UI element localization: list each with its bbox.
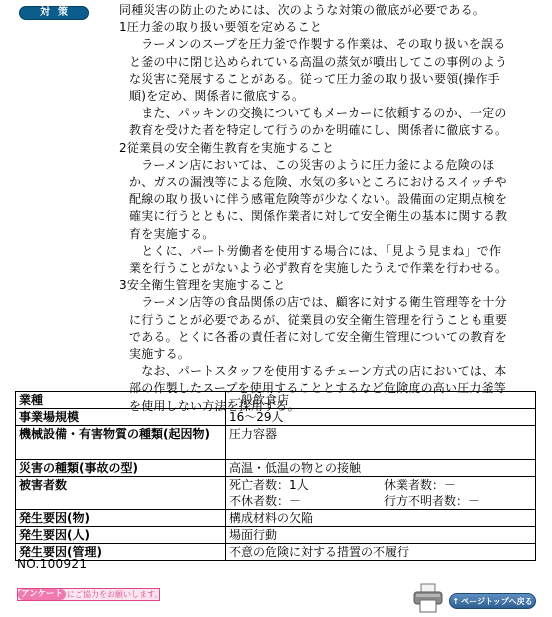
row-value: 構成材料の欠陥 (226, 510, 536, 527)
no-lost-time-count: 不休者数：－ (229, 493, 384, 509)
row-value: 16～29人 (226, 409, 536, 426)
row-label: 業種 (16, 392, 226, 409)
survey-text: にご協力をお願いします。 (67, 589, 160, 600)
text-line: 確実に行うとともに、関係作業者に対して安全衛生の基本に関する教 (129, 208, 539, 225)
row-value: 不意の危険に対する措置の不履行 (226, 544, 536, 561)
table-row: 災害の種類(事故の型) 高温・低温の物との接触 (16, 460, 536, 477)
table-row: 発生要因(人) 場面行動 (16, 527, 536, 544)
accident-info-table: 業種 一般飲食店 事業場規模 16～29人 機械設備・有害物質の種類(起因物) … (15, 391, 536, 561)
table-row: 事業場規模 16～29人 (16, 409, 536, 426)
missing-count: 行方不明者数：－ (384, 493, 532, 509)
survey-pill: アンケート (18, 589, 66, 600)
row-value: 場面行動 (226, 527, 536, 544)
row-value: 一般飲食店 (226, 392, 536, 409)
measure-body-2: ラーメン店においては、この災害のように圧力釜による危険のほ か、ガスの漏洩等によ… (119, 157, 539, 277)
text-line: 配線の取り扱いに伴う感電危険等が少なくない。設備面の定期点検を (129, 191, 539, 208)
measure-heading-3: 3安全衛生管理を実施すること (119, 277, 539, 294)
text-line: また、パッキンの交換についてもメーカーに依頼するのか、一定の (129, 105, 539, 122)
row-value: 圧力容器 (226, 426, 536, 460)
row-label: 災害の種類(事故の型) (16, 460, 226, 477)
case-number: NO.100921 (17, 557, 87, 571)
table-row: 被害者数 死亡者数：1人 休業者数：－ 不休者数：－ 行方不明者数：－ (16, 477, 536, 510)
victims-cell: 死亡者数：1人 休業者数：－ 不休者数：－ 行方不明者数：－ (226, 477, 536, 510)
printer-icon (412, 583, 444, 613)
text-line: なお、パートスタッフを使用するチェーン方式の店においては、本 (129, 363, 539, 380)
intro-text: 同種災害の防止のためには、次のような対策の徹底が必要である。 (119, 2, 539, 19)
table-row: 業種 一般飲食店 (16, 392, 536, 409)
text-line: ラーメンのスープを圧力釜で作製する作業は、その取り扱いを誤る (129, 36, 539, 53)
text-line: な災害に発展することがある。従って圧力釜の取り扱い要領(操作手 (129, 71, 539, 88)
text-line: 育を実施する。 (129, 226, 539, 243)
text-line: か、ガスの漏洩等による危険、水気の多いところにおけるスイッチや (129, 174, 539, 191)
deaths-count: 死亡者数：1人 (229, 477, 384, 493)
print-button[interactable] (412, 583, 444, 613)
row-label: 事業場規模 (16, 409, 226, 426)
row-label: 発生要因(物) (16, 510, 226, 527)
badge-char-1: 対 (40, 7, 50, 19)
survey-banner-link[interactable]: アンケート にご協力をお願いします。 (17, 588, 160, 601)
text-line: と釜の中に閉じ込められている高温の蒸気が噴出してこの事例のよう (129, 54, 539, 71)
countermeasures-badge: 対 策 (19, 6, 89, 20)
back-to-top-button[interactable]: ↑ ページトップへ戻る (449, 593, 536, 609)
countermeasures-text: 同種災害の防止のためには、次のような対策の徹底が必要である。 1圧力釜の取り扱い… (119, 2, 539, 415)
measure-heading-1: 1圧力釜の取り扱い要領を定めること (119, 19, 539, 36)
table-row: 発生要因(管理) 不意の危険に対する措置の不履行 (16, 544, 536, 561)
table-row: 発生要因(物) 構成材料の欠陥 (16, 510, 536, 527)
text-line: ラーメン店等の食品関係の店では、顧客に対する衛生管理等を十分 (129, 294, 539, 311)
row-label: 機械設備・有害物質の種類(起因物) (16, 426, 226, 460)
text-line: とくに、パート労働者を使用する場合には、「見よう見まね」で作 (129, 243, 539, 260)
row-label: 発生要因(人) (16, 527, 226, 544)
row-label: 被害者数 (16, 477, 226, 510)
text-line: 実施する。 (129, 346, 539, 363)
arrow-up-icon: ↑ (452, 597, 459, 606)
text-line: に行うことが必要であるが、従業員の安全衛生管理を行うことも重要 (129, 312, 539, 329)
measure-body-1: ラーメンのスープを圧力釜で作製する作業は、その取り扱いを誤る と釜の中に閉じ込め… (119, 36, 539, 139)
text-line: 教育を受けた者を特定して行うのかを明確にし、関係者に徹底する。 (129, 122, 539, 139)
row-value: 高温・低温の物との接触 (226, 460, 536, 477)
table-row: 機械設備・有害物質の種類(起因物) 圧力容器 (16, 426, 536, 460)
text-line: ラーメン店においては、この災害のように圧力釜による危険のほ (129, 157, 539, 174)
lost-time-count: 休業者数：－ (384, 477, 532, 493)
text-line: 順)を定め、関係者に徹底する。 (129, 88, 539, 105)
text-line: 業を行うことがないよう必ず教育を実施したうえで作業を行わせる。 (129, 260, 539, 277)
measure-heading-2: 2従業員の安全衛生教育を実施すること (119, 140, 539, 157)
text-line: である。とくに各番の責任者に対して安全衛生管理についての教育を (129, 329, 539, 346)
badge-char-2: 策 (58, 7, 68, 19)
back-to-top-label: ページトップへ戻る (461, 596, 532, 607)
